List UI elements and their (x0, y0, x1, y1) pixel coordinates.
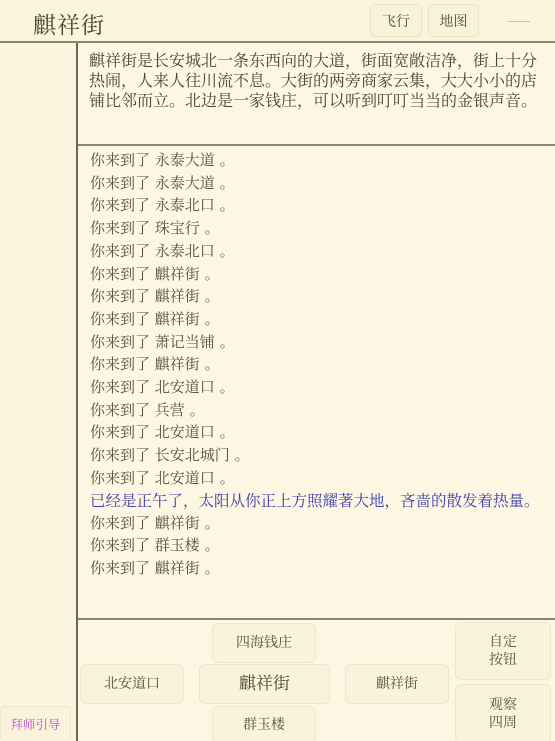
exit-west-button[interactable]: 北安道口 (80, 664, 184, 704)
master-guide-button[interactable]: 拜师引导 (0, 706, 71, 741)
log-line: 你来到了 兵营 。 (90, 399, 547, 422)
minimize-icon[interactable] (508, 21, 530, 22)
message-log[interactable]: 你来到了 永泰大道 。 你来到了 永泰大道 。 你来到了 永泰北口 。 你来到了… (78, 146, 555, 620)
exit-east-button[interactable]: 麒祥街 (345, 664, 449, 704)
log-line: 你来到了 麒祥街 。 (90, 263, 547, 286)
exits-panel: 四海钱庄 北安道口 麒祥街 麒祥街 群玉楼 自定 按钮 观察 四周 (78, 620, 555, 741)
log-line: 你来到了 北安道口 。 (90, 376, 547, 399)
room-title: 麒祥街 (33, 7, 105, 40)
map-button[interactable]: 地图 (428, 4, 479, 37)
log-line: 你来到了 麒祥街 。 (90, 557, 547, 580)
log-line: 你来到了 麒祥街 。 (90, 308, 547, 331)
system-message: 已经是正午了，太阳从你正上方照耀著大地，吝啬的散发着热量。 (90, 490, 547, 512)
header-bar: 麒祥街 飞行 地图 (0, 0, 555, 43)
log-line: 你来到了 长安北城门 。 (90, 444, 547, 467)
log-line: 你来到了 麒祥街 。 (90, 285, 547, 308)
exit-north-button[interactable]: 四海钱庄 (212, 623, 316, 663)
log-line: 你来到了 麒祥街 。 (90, 353, 547, 376)
log-line: 你来到了 永泰大道 。 (90, 149, 547, 172)
log-line: 你来到了 永泰大道 。 (90, 172, 547, 195)
log-line: 你来到了 麒祥街 。 (90, 512, 547, 535)
log-line: 你来到了 北安道口 。 (90, 421, 547, 444)
look-around-button[interactable]: 观察 四周 (455, 684, 551, 741)
custom-button[interactable]: 自定 按钮 (455, 622, 551, 680)
fly-button[interactable]: 飞行 (370, 4, 422, 37)
log-line: 你来到了 北安道口 。 (90, 467, 547, 490)
exit-south-button[interactable]: 群玉楼 (212, 706, 316, 741)
left-panel (0, 43, 78, 741)
room-description: 麒祥街是长安城北一条东西向的大道，街面宽敞洁净，街上十分热闹，人来人往川流不息。… (78, 43, 555, 146)
current-room-button[interactable]: 麒祥街 (199, 664, 330, 704)
log-line: 你来到了 珠宝行 。 (90, 217, 547, 240)
log-line: 你来到了 萧记当铺 。 (90, 331, 547, 354)
log-line: 你来到了 永泰北口 。 (90, 194, 547, 217)
log-line: 你来到了 永泰北口 。 (90, 240, 547, 263)
log-line: 你来到了 群玉楼 。 (90, 534, 547, 557)
